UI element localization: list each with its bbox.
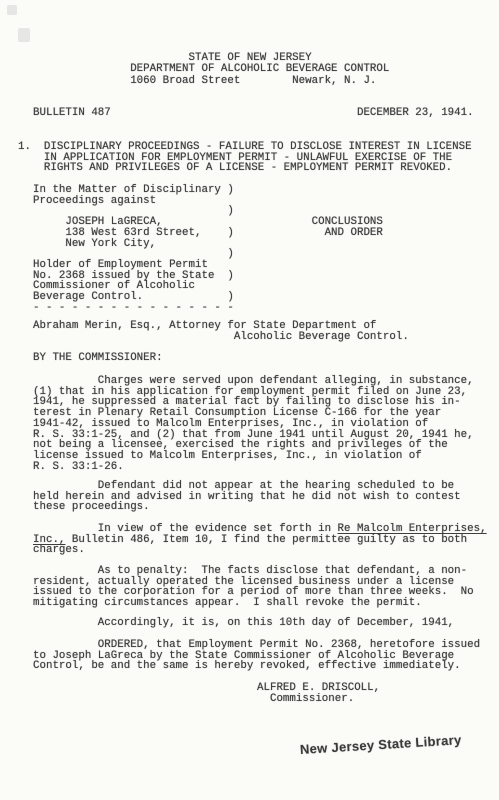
document-page: STATE OF NEW JERSEY DEPARTMENT OF ALCOHO… xyxy=(0,0,499,800)
paragraph-finding: In view of the evidence set forth in Re … xyxy=(33,524,487,556)
paragraph-default: Defendant did not appear at the hearing … xyxy=(33,481,461,513)
paragraph-accordingly: Accordingly, it is, on this 10th day of … xyxy=(33,618,454,629)
paragraph-ordered: ORDERED, that Employment Permit No. 2368… xyxy=(33,640,480,672)
letterhead: STATE OF NEW JERSEY DEPARTMENT OF ALCOHO… xyxy=(33,53,389,87)
scan-artifact xyxy=(18,28,30,42)
paragraph-penalty: As to penalty: The facts disclose that d… xyxy=(33,566,474,609)
by-commissioner-label: BY THE COMMISSIONER: xyxy=(33,353,163,364)
bulletin-date-line: BULLETIN 487 DECEMBER 23, 1941. xyxy=(33,108,474,119)
paragraph-text: Bulletin 486, Item 10, I find the permit… xyxy=(33,534,467,557)
case-caption: In the Matter of Disciplinary ) Proceedi… xyxy=(33,185,383,313)
attorney-appearance: Abraham Merin, Esq., Attorney for State … xyxy=(33,321,409,342)
library-stamp: New Jersey State Library xyxy=(300,735,462,756)
paragraph-charges: Charges were served upon defendant alleg… xyxy=(33,376,474,472)
signature-block: ALFRED E. DRISCOLL, Commissioner. xyxy=(257,683,380,704)
item-heading: 1. DISCIPLINARY PROCEEDINGS - FAILURE TO… xyxy=(18,142,472,174)
scan-artifact xyxy=(7,5,17,15)
